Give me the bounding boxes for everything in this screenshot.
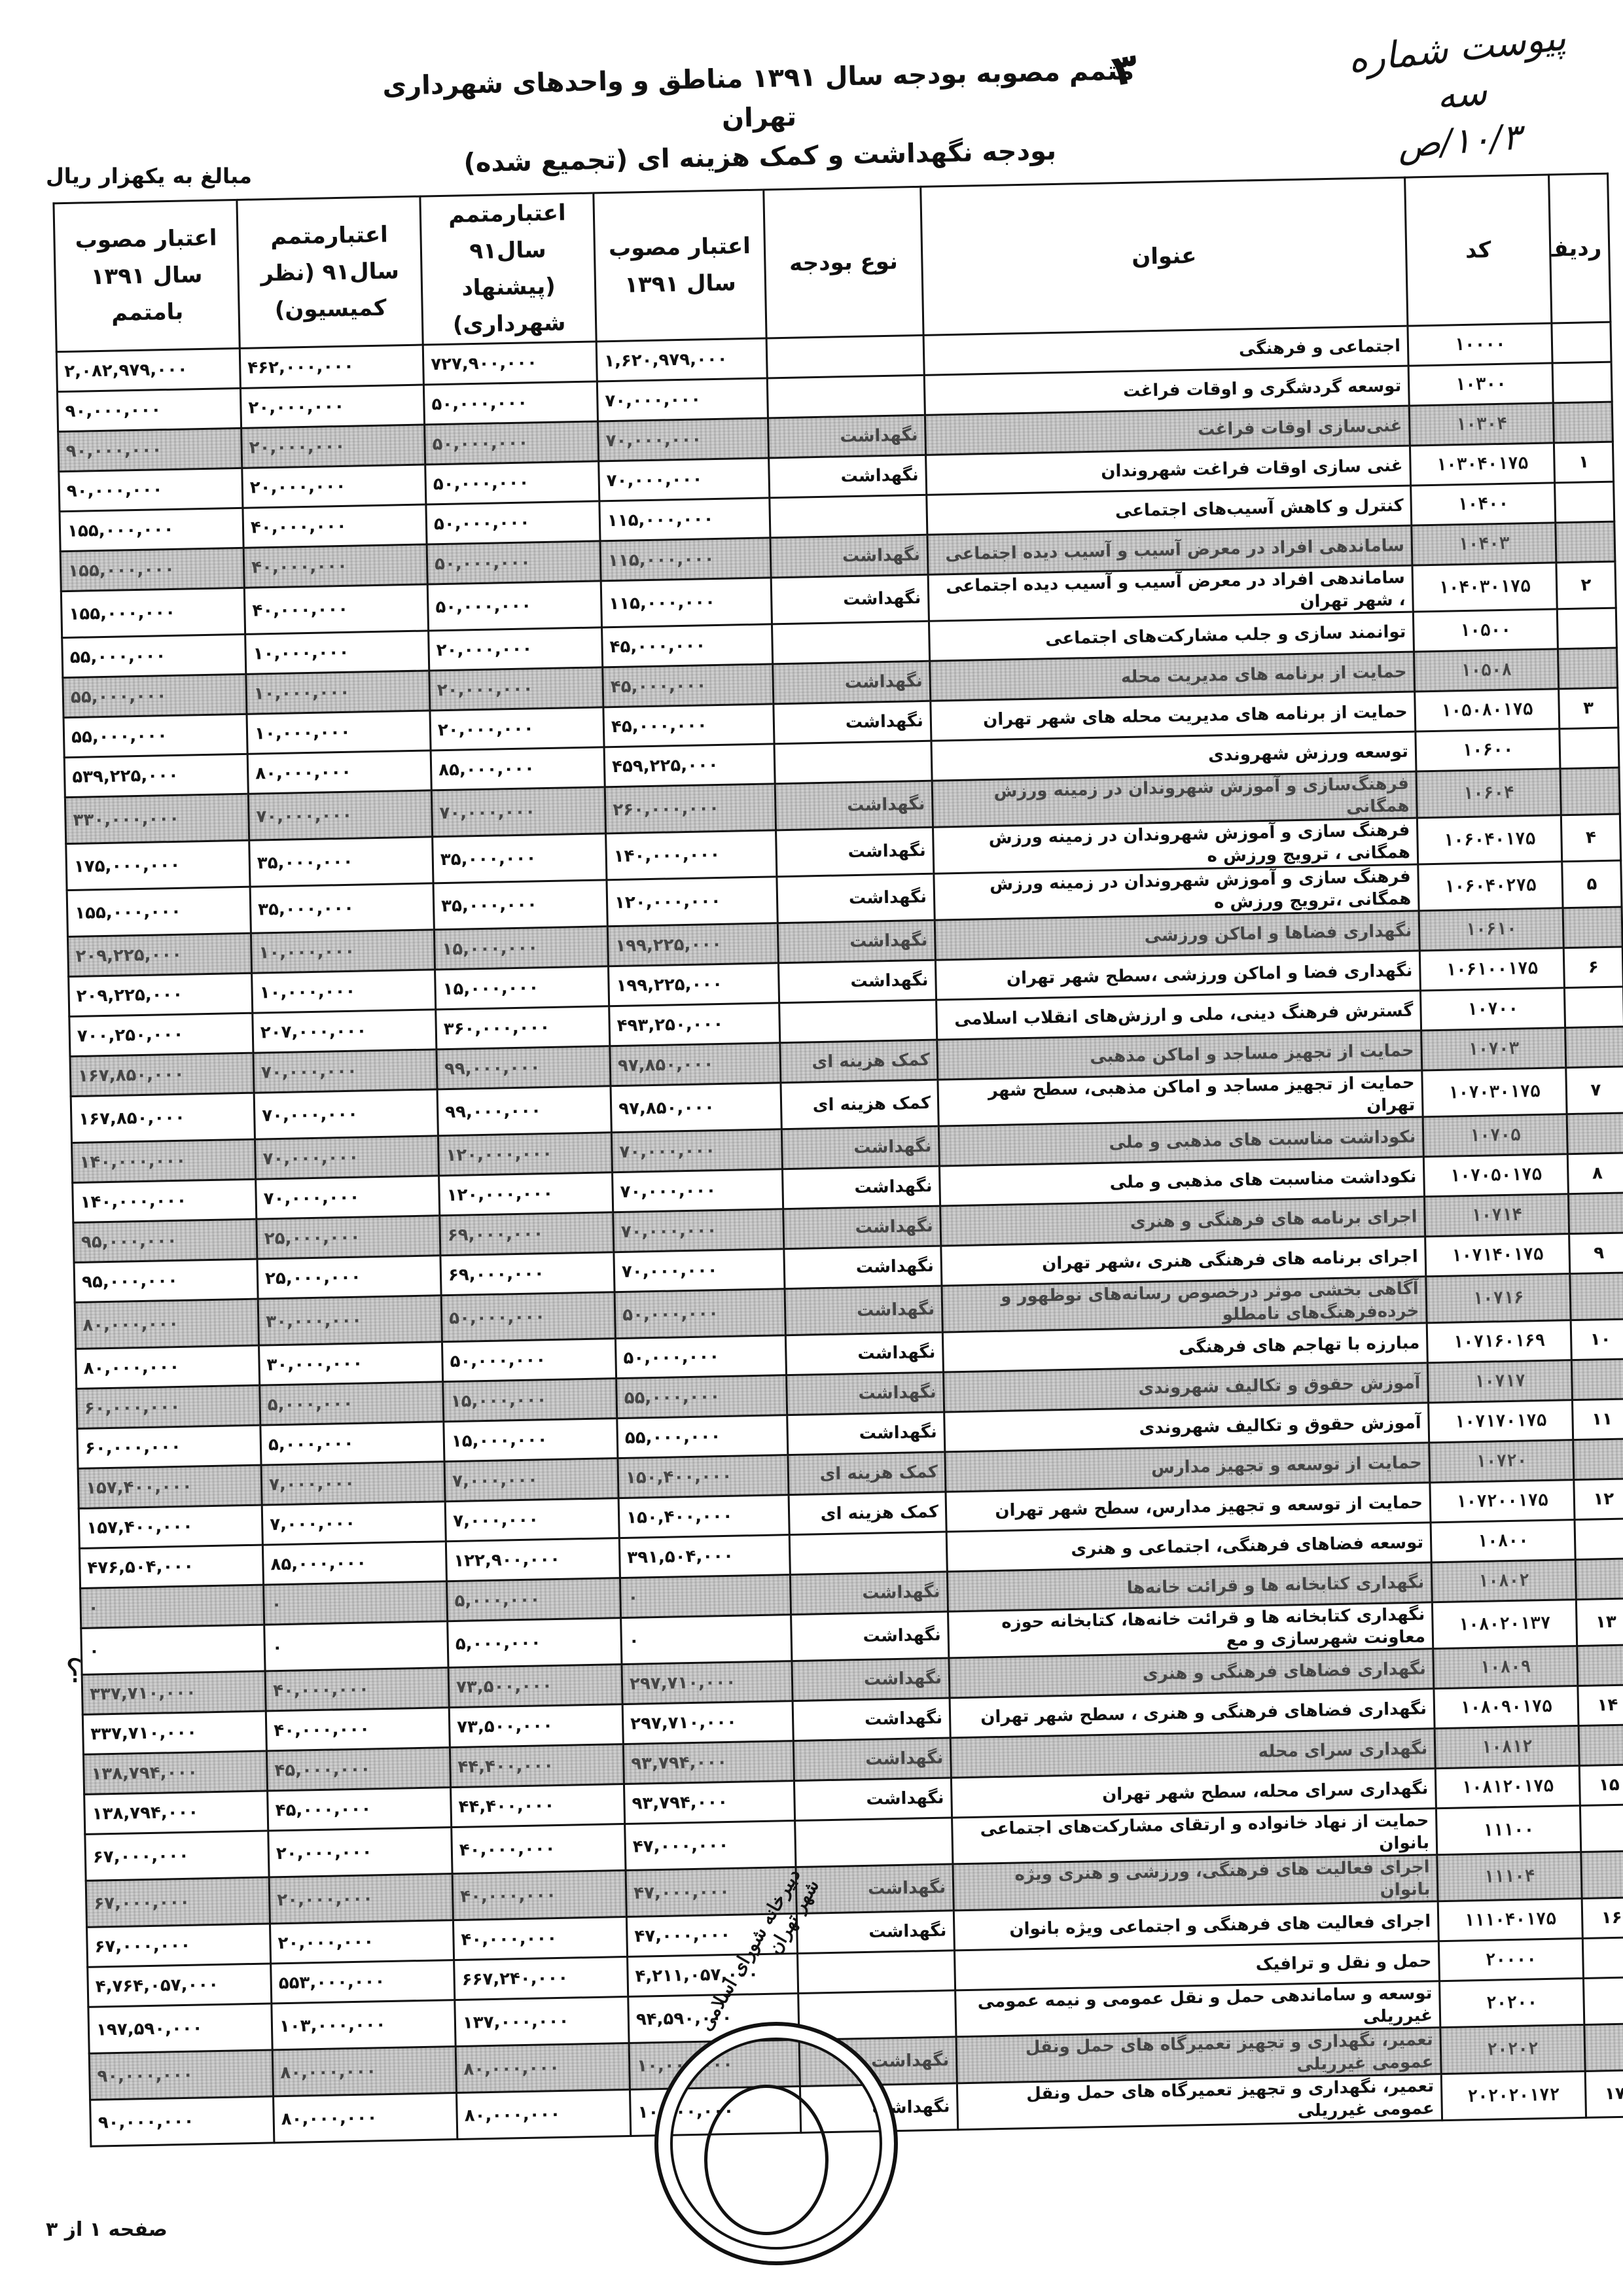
cell-budget-type: نگهداشت [782, 1166, 940, 1209]
cell-row-number [1570, 1273, 1623, 1320]
cell-budget-type [795, 1818, 953, 1867]
cell-row-number: ۶ [1563, 947, 1623, 988]
cell-row-number [1567, 1113, 1623, 1154]
cell-budget-type: نگهداشت [783, 1206, 941, 1249]
cell-approved-with-supplement: ۶۰,۰۰۰,۰۰۰ [77, 1385, 260, 1428]
cell-code: ۱۰۴۰۰ [1411, 483, 1556, 525]
cell-supplement-municipality: ۵۰,۰۰۰,۰۰۰ [425, 461, 599, 504]
cell-code: ۱۰۵۰۸ [1414, 649, 1558, 692]
cell-supplement-commission: ۳۵,۰۰۰,۰۰۰ [250, 883, 434, 933]
cell-budget-type: نگهداشت [792, 1658, 950, 1701]
cell-code: ۱۰۷۰۳ [1421, 1028, 1566, 1070]
cell-approved-1391: ۱۱۵,۰۰۰,۰۰۰ [601, 578, 772, 627]
cell-budget-type: نگهداشت [777, 920, 935, 963]
cell-supplement-commission: ۵,۰۰۰,۰۰۰ [260, 1422, 444, 1465]
cell-supplement-commission: ۴۰,۰۰۰,۰۰۰ [244, 584, 428, 634]
cell-supplement-commission: ۵,۰۰۰,۰۰۰ [260, 1382, 444, 1425]
cell-supplement-commission: ۴۶۲,۰۰۰,۰۰۰ [240, 345, 423, 388]
cell-code: ۱۰۶۱۰ [1419, 908, 1563, 951]
cell-row-number [1565, 1027, 1623, 1068]
cell-supplement-municipality: ۴۴,۴۰۰,۰۰۰ [451, 1784, 625, 1828]
cell-approved-1391: ۱۹۹,۲۲۵,۰۰۰ [607, 923, 778, 966]
cell-supplement-municipality: ۹۹,۰۰۰,۰۰۰ [437, 1086, 611, 1136]
cell-code: ۱۰۳۰۰ [1408, 363, 1553, 406]
cell-approved-with-supplement: ۱۵۵,۰۰۰,۰۰۰ [60, 508, 243, 551]
cell-row-number [1573, 1439, 1623, 1480]
cell-supplement-municipality: ۱۲۰,۰۰۰,۰۰۰ [439, 1173, 613, 1216]
cell-supplement-municipality: ۵۰,۰۰۰,۰۰۰ [427, 541, 601, 584]
cell-supplement-municipality: ۱۵,۰۰۰,۰۰۰ [443, 1379, 617, 1422]
cell-approved-with-supplement: ۹۰,۰۰۰,۰۰۰ [90, 2096, 274, 2146]
cell-approved-with-supplement: ۷۰۰,۲۵۰,۰۰۰ [69, 1013, 253, 1056]
cell-supplement-commission: ۰ [264, 1581, 448, 1625]
cell-approved-with-supplement: ۱۵۷,۴۰۰,۰۰۰ [78, 1465, 262, 1508]
cell-approved-with-supplement: ۶۰,۰۰۰,۰۰۰ [77, 1425, 261, 1468]
scanned-page: پیوست شماره سه ۱۰/۳/ص ٣ متمم مصوبه بودجه… [0, 0, 1623, 2296]
cell-row-number [1582, 1937, 1623, 1979]
cell-supplement-municipality: ۱۵,۰۰۰,۰۰۰ [434, 927, 608, 970]
cell-approved-1391: ۱۵۰,۴۰۰,۰۰۰ [618, 1455, 789, 1498]
cell-row-number [1560, 768, 1620, 815]
cell-budget-type: نگهداشت [785, 1286, 942, 1335]
cell-approved-1391: ۷۰,۰۰۰,۰۰۰ [611, 1129, 782, 1173]
handwritten-annotation: پیوست شماره سه ۱۰/۳/ص [1335, 26, 1584, 161]
cell-budget-type [772, 621, 930, 664]
cell-supplement-municipality: ۹۹,۰۰۰,۰۰۰ [437, 1046, 611, 1089]
cell-supplement-commission: ۲۰,۰۰۰,۰۰۰ [269, 1874, 453, 1924]
cell-supplement-municipality: ۷,۰۰۰,۰۰۰ [445, 1498, 619, 1542]
cell-supplement-commission: ۸۵,۰۰۰,۰۰۰ [262, 1542, 446, 1585]
cell-approved-1391: ۲۹۷,۷۱۰,۰۰۰ [622, 1661, 793, 1704]
cell-supplement-municipality: ۳۵,۰۰۰,۰۰۰ [433, 834, 607, 883]
cell-code: ۱۰۸۰۹ [1433, 1646, 1578, 1689]
cell-row-number [1555, 482, 1614, 523]
cell-budget-type [770, 495, 927, 538]
cell-approved-with-supplement: ۶۷,۰۰۰,۰۰۰ [86, 1877, 270, 1927]
cell-approved-1391: ۹۳,۷۹۴,۰۰۰ [624, 1781, 794, 1824]
cell-code: ۱۰۸۰۲ [1431, 1560, 1576, 1602]
cell-supplement-municipality: ۳۵,۰۰۰,۰۰۰ [433, 880, 607, 930]
cell-code: ۱۰۷۰۵۰۱۷۵ [1423, 1154, 1568, 1197]
cell-supplement-commission: ۴۵,۰۰۰,۰۰۰ [266, 1748, 450, 1791]
cell-row-number: ۱۴ [1578, 1685, 1623, 1726]
cell-supplement-municipality: ۵۰,۰۰۰,۰۰۰ [423, 381, 597, 425]
cell-code: ۱۰۵۰۰ [1413, 609, 1558, 652]
cell-budget-type [766, 335, 924, 378]
cell-budget-type: کمک هزینه ای [780, 1040, 938, 1083]
cell-row-number [1568, 1193, 1623, 1234]
cell-supplement-municipality: ۵۰,۰۰۰,۰۰۰ [425, 421, 599, 465]
cell-approved-with-supplement: ۶۷,۰۰۰,۰۰۰ [85, 1831, 269, 1881]
cell-budget-type: کمک هزینه ای [789, 1492, 946, 1535]
cell-supplement-commission: ۱۰,۰۰۰,۰۰۰ [246, 671, 430, 714]
cell-code: ۱۰۰۰۰ [1408, 323, 1552, 366]
cell-approved-1391: ۱۹۹,۲۲۵,۰۰۰ [608, 963, 779, 1006]
cell-code: ۱۰۸۱۲ [1435, 1726, 1579, 1769]
cell-budget-type [789, 1532, 947, 1575]
header-row-number: ردیف [1549, 173, 1611, 323]
cell-supplement-municipality: ۶۶۷,۲۴۰,۰۰۰ [454, 1956, 628, 2000]
cell-approved-1391: ۱۲۰,۰۰۰,۰۰۰ [607, 877, 777, 927]
header-supplement-municipality: اعتبارمتمم سال۹۱ (پیشنهاد شهرداری) [420, 193, 596, 345]
cell-budget-type: نگهداشت [793, 1698, 950, 1741]
cell-budget-type: نگهداشت [794, 1778, 952, 1821]
cell-approved-with-supplement: ۰ [81, 1625, 265, 1674]
stamp-inner-ring [704, 2085, 829, 2235]
cell-row-number: ۱۷ [1585, 2070, 1623, 2118]
cell-supplement-municipality: ۷۳,۵۰۰,۰۰۰ [449, 1704, 623, 1748]
cell-supplement-commission: ۳۰,۰۰۰,۰۰۰ [258, 1296, 442, 1345]
cell-row-number: ۵ [1562, 860, 1622, 908]
cell-budget-type: نگهداشت [775, 781, 933, 830]
cell-code: ۱۰۳۰۴ [1409, 403, 1554, 446]
cell-supplement-municipality: ۸۰,۰۰۰,۰۰۰ [457, 2089, 631, 2139]
cell-row-number: ۱ [1554, 442, 1613, 483]
cell-code: ۲۰۲۰۲۰۱۷۲ [1441, 2071, 1586, 2120]
cell-approved-with-supplement: ۳۳۷,۷۱۰,۰۰۰ [82, 1711, 266, 1754]
cell-approved-1391: ۷۰,۰۰۰,۰۰۰ [614, 1249, 785, 1292]
cell-supplement-commission: ۱۰,۰۰۰,۰۰۰ [251, 930, 435, 973]
cell-budget-type [798, 1951, 955, 1994]
units-note: مبالغ به یکهزار ریال [46, 164, 252, 188]
cell-budget-type: کمک هزینه ای [781, 1080, 938, 1129]
cell-supplement-municipality: ۳۶۰,۰۰۰,۰۰۰ [436, 1006, 610, 1050]
cell-supplement-municipality: ۵,۰۰۰,۰۰۰ [448, 1618, 622, 1668]
cell-budget-type: نگهداشت [787, 1412, 945, 1455]
cell-code: ۱۰۸۰۹۰۱۷۵ [1434, 1686, 1578, 1729]
cell-supplement-municipality: ۵۰,۰۰۰,۰۰۰ [442, 1339, 616, 1382]
cell-row-number [1564, 987, 1623, 1028]
cell-approved-with-supplement: ۱۳۸,۷۹۴,۰۰۰ [83, 1751, 267, 1794]
cell-supplement-municipality: ۲۰,۰۰۰,۰۰۰ [429, 627, 603, 671]
cell-supplement-municipality: ۱۲۰,۰۰۰,۰۰۰ [438, 1133, 612, 1176]
cell-supplement-commission: ۷,۰۰۰,۰۰۰ [262, 1502, 446, 1545]
cell-supplement-municipality: ۱۵,۰۰۰,۰۰۰ [444, 1419, 618, 1462]
cell-budget-type: نگهداشت [791, 1612, 949, 1661]
budget-table: ردیف کد عنوان نوع بودجه اعتبار مصوب سال … [52, 173, 1623, 2147]
cell-supplement-municipality: ۷۰,۰۰۰,۰۰۰ [431, 787, 605, 837]
cell-code: ۱۰۴۰۳۰۱۷۵ [1412, 563, 1557, 612]
cell-budget-type: کمک هزینه ای [788, 1452, 946, 1495]
cell-supplement-commission: ۳۵,۰۰۰,۰۰۰ [249, 837, 433, 887]
cell-supplement-municipality: ۵۰,۰۰۰,۰۰۰ [427, 581, 601, 631]
cell-code: ۱۰۸۰۰ [1431, 1520, 1575, 1563]
cell-code: ۱۰۳۰۴۰۱۷۵ [1410, 443, 1554, 486]
official-stamp: دبیرخانه شورای اسلامی شهر تهران [654, 2022, 898, 2265]
cell-budget-type: نگهداشت [796, 1911, 954, 1954]
cell-code: ۱۰۵۰۸۰۱۷۵ [1415, 689, 1560, 732]
cell-code: ۱۰۷۱۶ [1426, 1274, 1571, 1323]
cell-approved-with-supplement: ۱۵۵,۰۰۰,۰۰۰ [60, 548, 244, 591]
cell-row-number: ۴ [1561, 814, 1620, 862]
table-body: ۱۰۰۰۰اجتماعی و فرهنگی۱,۶۲۰,۹۷۹,۰۰۰۷۲۷,۹۰… [56, 322, 1623, 2146]
cell-approved-with-supplement: ۹۰,۰۰۰,۰۰۰ [89, 2050, 273, 2100]
cell-code: ۱۰۷۱۷ [1427, 1360, 1572, 1403]
cell-row-number [1577, 1645, 1623, 1686]
cell-supplement-municipality: ۴۴,۴۰۰,۰۰۰ [450, 1744, 624, 1788]
cell-approved-with-supplement: ۱۵۵,۰۰۰,۰۰۰ [61, 588, 245, 637]
cell-approved-1391: ۴۵,۰۰۰,۰۰۰ [602, 624, 773, 667]
cell-row-number [1581, 1851, 1623, 1899]
cell-code: ۱۰۸۰۲۰۱۳۷ [1432, 1600, 1577, 1649]
cell-supplement-municipality: ۷,۰۰۰,۰۰۰ [444, 1458, 618, 1502]
cell-row-number [1580, 1805, 1623, 1852]
cell-supplement-commission: ۱۰,۰۰۰,۰۰۰ [247, 711, 431, 754]
cell-supplement-commission: ۴۰,۰۰۰,۰۰۰ [243, 504, 427, 548]
cell-supplement-municipality: ۸۵,۰۰۰,۰۰۰ [431, 747, 605, 790]
cell-budget-type: نگهداشت [777, 874, 935, 923]
cell-approved-with-supplement: ۱۴۰,۰۰۰,۰۰۰ [72, 1139, 256, 1182]
cell-approved-1391: ۵۰,۰۰۰,۰۰۰ [615, 1289, 785, 1339]
cell-approved-with-supplement: ۶۷,۰۰۰,۰۰۰ [87, 1924, 271, 1967]
cell-approved-1391: ۵۵,۰۰۰,۰۰۰ [616, 1375, 787, 1419]
cell-approved-1391: ۴۵۹,۲۲۵,۰۰۰ [604, 744, 775, 787]
cell-supplement-municipality: ۴۰,۰۰۰,۰۰۰ [453, 1916, 627, 1960]
margin-question-mark: ؟ [65, 1652, 83, 1690]
cell-row-number [1583, 1977, 1623, 2025]
cell-supplement-commission: ۴۵,۰۰۰,۰۰۰ [268, 1788, 452, 1831]
cell-approved-with-supplement: ۲۰۹,۲۲۵,۰۰۰ [67, 933, 251, 976]
cell-supplement-commission: ۲۵,۰۰۰,۰۰۰ [257, 1256, 441, 1299]
cell-approved-with-supplement: ۳۳۷,۷۱۰,۰۰۰ [82, 1671, 266, 1714]
cell-code: ۱۰۷۱۷۰۱۷۵ [1429, 1400, 1573, 1443]
cell-approved-1391: ۹۳,۷۹۴,۰۰۰ [623, 1741, 794, 1784]
cell-supplement-commission: ۷۰,۰۰۰,۰۰۰ [254, 1089, 438, 1139]
cell-row-number [1584, 2024, 1623, 2072]
cell-approved-with-supplement: ۳۳۰,۰۰۰,۰۰۰ [65, 794, 249, 843]
cell-supplement-commission: ۲۰,۰۰۰,۰۰۰ [268, 1828, 452, 1877]
cell-code: ۱۰۷۰۵ [1423, 1114, 1567, 1157]
cell-code: ۲۰۲۰۲ [1440, 2024, 1585, 2074]
cell-budget-type [767, 375, 925, 418]
cell-row-number [1575, 1559, 1623, 1600]
cell-approved-with-supplement: ۹۰,۰۰۰,۰۰۰ [57, 388, 241, 431]
cell-row-number: ۱۰ [1571, 1319, 1623, 1360]
cell-approved-with-supplement: ۲۰۹,۲۲۵,۰۰۰ [69, 973, 253, 1016]
cell-row-number: ۱۱ [1572, 1399, 1623, 1440]
cell-approved-with-supplement: ۱۶۷,۸۵۰,۰۰۰ [70, 1053, 254, 1096]
cell-budget-type: نگهداشت [776, 827, 934, 877]
cell-supplement-commission: ۲۰۷,۰۰۰,۰۰۰ [253, 1010, 437, 1053]
cell-approved-1391: ۹۷,۸۵۰,۰۰۰ [610, 1043, 781, 1086]
cell-budget-type: نگهداشت [768, 415, 925, 458]
cell-code: ۱۰۷۰۳۰۱۷۵ [1422, 1068, 1567, 1117]
cell-approved-1391: ۲۹۷,۷۱۰,۰۰۰ [622, 1701, 793, 1744]
document-header: متمم مصوبه بودجه سال ۱۳۹۱ مناطق و واحدها… [365, 50, 1153, 185]
cell-supplement-municipality: ۷۳,۵۰۰,۰۰۰ [448, 1665, 622, 1708]
cell-code: ۱۱۱۰۰ [1436, 1805, 1580, 1854]
cell-budget-type: نگهداشت [773, 661, 931, 704]
cell-row-number: ۲ [1556, 561, 1616, 609]
cell-supplement-municipality: ۶۹,۰۰۰,۰۰۰ [440, 1212, 614, 1256]
cell-approved-with-supplement: ۵۵,۰۰۰,۰۰۰ [62, 634, 246, 677]
cell-approved-1391: ۰ [621, 1615, 792, 1665]
cell-supplement-commission: ۲۰,۰۰۰,۰۰۰ [240, 385, 424, 428]
cell-row-number: ۳ [1559, 688, 1618, 729]
cell-supplement-commission: ۱۰,۰۰۰,۰۰۰ [245, 631, 429, 674]
cell-code: ۱۰۶۰۴ [1416, 769, 1561, 818]
cell-row-number: ۱۲ [1574, 1479, 1623, 1520]
cell-budget-type: نگهداشت [781, 1126, 939, 1169]
header-approved-1391: اعتبار مصوب سال ۱۳۹۱ [594, 190, 766, 342]
cell-supplement-commission: ۱۰,۰۰۰,۰۰۰ [252, 970, 436, 1013]
cell-budget-type: نگهداشت [784, 1246, 942, 1289]
cell-approved-1391: ۵۰,۰۰۰,۰۰۰ [615, 1335, 786, 1379]
cell-supplement-commission: ۸۰,۰۰۰,۰۰۰ [247, 751, 431, 794]
cell-approved-with-supplement: ۱۹۷,۵۹۰,۰۰۰ [88, 2004, 272, 2053]
cell-code: ۱۰۸۱۲۰۱۷۵ [1435, 1766, 1580, 1809]
cell-supplement-municipality: ۷۲۷,۹۰۰,۰۰۰ [423, 342, 597, 385]
cell-supplement-commission: ۳۰,۰۰۰,۰۰۰ [259, 1342, 443, 1385]
cell-code: ۲۰۲۰۰ [1440, 1978, 1584, 2027]
cell-code: ۱۰۷۱۴۰۱۷۵ [1425, 1234, 1570, 1277]
cell-supplement-municipality: ۵,۰۰۰,۰۰۰ [446, 1578, 620, 1621]
page-number: صفحه ۱ از ۳ [46, 2218, 168, 2241]
cell-supplement-municipality: ۲۰,۰۰۰,۰۰۰ [430, 707, 604, 751]
cell-code: ۱۰۶۱۰۰۱۷۵ [1419, 948, 1564, 991]
cell-approved-with-supplement: ۹۵,۰۰۰,۰۰۰ [73, 1219, 257, 1262]
cell-code: ۱۰۶۰۰ [1416, 729, 1560, 771]
cell-approved-with-supplement: ۸۰,۰۰۰,۰۰۰ [75, 1299, 259, 1349]
table-header-row: ردیف کد عنوان نوع بودجه اعتبار مصوب سال … [54, 173, 1611, 352]
cell-budget-type: نگهداشت [790, 1572, 948, 1615]
cell-supplement-municipality: ۴۰,۰۰۰,۰۰۰ [452, 1871, 626, 1920]
cell-approved-1391: ۵۵,۰۰۰,۰۰۰ [617, 1415, 788, 1458]
cell-row-number: ۹ [1569, 1233, 1623, 1274]
cell-approved-1391: ۴۵,۰۰۰,۰۰۰ [603, 664, 774, 707]
handwritten-note-line1: پیوست شماره سه [1331, 14, 1588, 131]
cell-approved-1391: ۳۹۱,۵۰۴,۰۰۰ [619, 1535, 790, 1578]
cell-budget-type: نگهداشت [769, 455, 927, 498]
cell-approved-with-supplement: ۴۷۶,۵۰۴,۰۰۰ [79, 1545, 263, 1588]
cell-supplement-commission: ۲۰,۰۰۰,۰۰۰ [242, 465, 426, 508]
cell-row-number [1578, 1725, 1623, 1766]
cell-budget-type: نگهداشت [778, 960, 936, 1003]
cell-row-number [1575, 1519, 1623, 1560]
cell-code: ۱۰۷۲۰۰۱۷۵ [1430, 1480, 1575, 1523]
cell-approved-with-supplement: ۵۳۹,۲۲۵,۰۰۰ [64, 754, 248, 797]
cell-supplement-commission: ۲۰,۰۰۰,۰۰۰ [241, 425, 425, 468]
cell-approved-with-supplement: ۰ [80, 1585, 264, 1628]
cell-row-number: ۸ [1567, 1153, 1623, 1194]
cell-code: ۱۰۷۱۴ [1424, 1194, 1569, 1237]
cell-budget-type: نگهداشت [771, 574, 929, 624]
cell-row-number: ۱۶ [1582, 1898, 1623, 1939]
cell-approved-with-supplement: ۵۵,۰۰۰,۰۰۰ [63, 714, 247, 757]
cell-approved-1391: ۹۷,۸۵۰,۰۰۰ [611, 1083, 781, 1133]
cell-row-number [1552, 362, 1612, 403]
cell-supplement-commission: ۸۰,۰۰۰,۰۰۰ [274, 2093, 457, 2143]
cell-row-number [1563, 907, 1622, 948]
cell-supplement-commission: ۲۵,۰۰۰,۰۰۰ [257, 1216, 440, 1259]
header-code: کد [1405, 175, 1552, 326]
cell-supplement-commission: ۷,۰۰۰,۰۰۰ [261, 1462, 445, 1505]
cell-supplement-municipality: ۵۰,۰۰۰,۰۰۰ [441, 1292, 615, 1342]
cell-row-number: ۷ [1566, 1067, 1623, 1114]
cell-supplement-municipality: ۴۰,۰۰۰,۰۰۰ [452, 1824, 626, 1874]
cell-supplement-municipality: ۱۵,۰۰۰,۰۰۰ [435, 966, 609, 1010]
cell-budget-type [774, 741, 932, 784]
cell-row-number: ۱۵ [1579, 1765, 1623, 1806]
cell-row-number [1560, 728, 1619, 769]
cell-approved-1391: ۷۰,۰۰۰,۰۰۰ [598, 418, 769, 461]
cell-code: ۱۰۶۰۴۰۱۷۵ [1417, 815, 1561, 864]
cell-row-number [1552, 322, 1611, 363]
cell-row-number: ۱۳ [1576, 1598, 1623, 1646]
cell-code: ۲۰۰۰۰ [1438, 1938, 1583, 1981]
cell-supplement-commission: ۰ [264, 1621, 448, 1671]
cell-approved-with-supplement: ۱۳۸,۷۹۴,۰۰۰ [84, 1791, 268, 1834]
cell-approved-1391: ۷۰,۰۰۰,۰۰۰ [599, 458, 770, 501]
cell-approved-1391: ۱۱۵,۰۰۰,۰۰۰ [600, 538, 771, 581]
cell-row-number [1558, 648, 1617, 689]
cell-approved-1391: ۷۰,۰۰۰,۰۰۰ [613, 1169, 783, 1212]
cell-supplement-municipality: ۸۰,۰۰۰,۰۰۰ [455, 2043, 630, 2093]
cell-supplement-municipality: ۱۲۲,۹۰۰,۰۰۰ [446, 1538, 620, 1581]
cell-budget-type: نگهداشت [770, 535, 928, 578]
cell-approved-1391: ۱۱۵,۰۰۰,۰۰۰ [599, 498, 770, 541]
cell-code: ۱۰۴۰۳ [1412, 523, 1556, 565]
cell-approved-1391: ۱,۶۲۰,۹۷۹,۰۰۰ [596, 338, 767, 381]
cell-code: ۱۰۷۱۶۰۱۶۹ [1427, 1320, 1571, 1363]
cell-approved-1391: ۴۹۳,۲۵۰,۰۰۰ [609, 1003, 780, 1046]
cell-approved-with-supplement: ۹۰,۰۰۰,۰۰۰ [58, 428, 242, 471]
header-approved-with-supplement: اعتبار مصوب سال ۱۳۹۱ بامتمم [54, 200, 240, 351]
cell-supplement-commission: ۴۰,۰۰۰,۰۰۰ [266, 1708, 450, 1751]
cell-budget-type: نگهداشت [774, 701, 931, 744]
cell-budget-type: نگهداشت [785, 1332, 943, 1375]
cell-approved-with-supplement: ۹۵,۰۰۰,۰۰۰ [74, 1259, 258, 1302]
cell-code: ۱۱۱۰۴ [1437, 1852, 1582, 1901]
cell-supplement-commission: ۷۰,۰۰۰,۰۰۰ [248, 790, 432, 840]
cell-approved-with-supplement: ۵۵,۰۰۰,۰۰۰ [63, 674, 247, 717]
cell-approved-1391: ۱۴۰,۰۰۰,۰۰۰ [606, 830, 777, 880]
cell-row-number [1571, 1359, 1623, 1400]
cell-approved-with-supplement: ۱۵۵,۰۰۰,۰۰۰ [67, 887, 251, 936]
budget-table-container: ردیف کد عنوان نوع بودجه اعتبار مصوب سال … [52, 173, 1601, 2147]
cell-row-number [1557, 608, 1616, 649]
cell-approved-1391: ۱۵۰,۴۰۰,۰۰۰ [618, 1495, 789, 1538]
cell-approved-1391: ۷۰,۰۰۰,۰۰۰ [613, 1209, 784, 1252]
cell-approved-with-supplement: ۱۷۵,۰۰۰,۰۰۰ [66, 840, 250, 890]
header-supplement-commission: اعتبارمتمم سال۹۱ (نظر کمیسیون) [237, 196, 423, 348]
cell-approved-with-supplement: ۹۰,۰۰۰,۰۰۰ [59, 468, 243, 511]
cell-budget-type: نگهداشت [793, 1738, 951, 1781]
cell-supplement-municipality: ۶۹,۰۰۰,۰۰۰ [440, 1252, 615, 1296]
cell-supplement-commission: ۸۰,۰۰۰,۰۰۰ [272, 2047, 456, 2096]
cell-budget-type [779, 1000, 937, 1043]
cell-approved-1391: ۴۷,۰۰۰,۰۰۰ [625, 1821, 796, 1871]
cell-approved-with-supplement: ۱۴۰,۰۰۰,۰۰۰ [73, 1179, 257, 1222]
cell-approved-with-supplement: ۴,۷۶۴,۰۵۷,۰۰۰ [88, 1964, 272, 2007]
cell-approved-with-supplement: ۱۵۷,۴۰۰,۰۰۰ [79, 1505, 262, 1548]
cell-code: ۱۰۷۲۰ [1429, 1440, 1574, 1483]
cell-supplement-municipality: ۱۳۷,۰۰۰,۰۰۰ [455, 1996, 629, 2046]
cell-supplement-commission: ۲۰,۰۰۰,۰۰۰ [270, 1920, 454, 1964]
cell-code: ۱۰۶۰۴۰۲۷۵ [1418, 862, 1563, 911]
header-title: عنوان [921, 177, 1408, 335]
cell-approved-1391: ۰ [620, 1575, 791, 1618]
cell-approved-1391: ۲۶۰,۰۰۰,۰۰۰ [605, 784, 776, 834]
cell-approved-with-supplement: ۸۰,۰۰۰,۰۰۰ [76, 1345, 260, 1388]
header-budget-type: نوع بودجه [764, 186, 923, 338]
cell-approved-with-supplement: ۲,۰۸۲,۹۷۹,۰۰۰ [56, 348, 240, 391]
cell-title: تعمیر، نگهداری و تجهیز تعمیرگاه های حمل … [957, 2074, 1442, 2130]
cell-supplement-commission: ۷۰,۰۰۰,۰۰۰ [255, 1136, 438, 1179]
cell-approved-1391: ۷۰,۰۰۰,۰۰۰ [597, 378, 768, 421]
cell-supplement-municipality: ۵۰,۰۰۰,۰۰۰ [426, 501, 600, 544]
cell-supplement-commission: ۷۰,۰۰۰,۰۰۰ [253, 1050, 437, 1093]
